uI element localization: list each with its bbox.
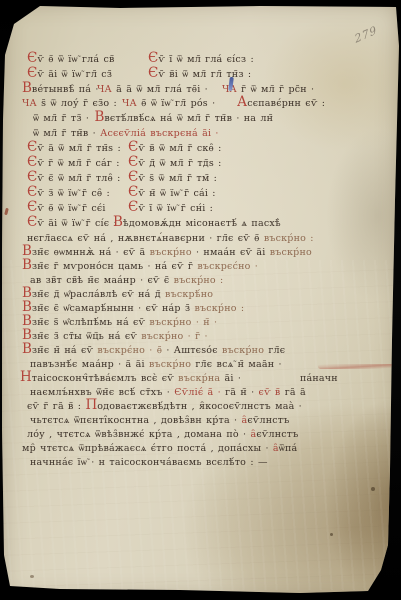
text-line: Єѵ̃ ѳ̃ ѿ їѡ̃ г̃ сє́і <box>27 203 106 214</box>
text-line: Єѵ̃ а̃ ѿ мл̃ г̃ тн̃ѕ : <box>27 143 121 154</box>
text-segment: въскр́но : <box>264 233 314 244</box>
text-line: Вѣдомовѫ́дн місонаєтѣ́ ѧ пасхѣ̀ <box>113 218 281 229</box>
text-segment: въскрє́но · ѳ̃ <box>97 345 162 356</box>
text-segment: зн̃є ѕ̃ ѡ̑слѣпѣ́мь на́ єѵ̃ <box>32 317 150 328</box>
text-segment: ѵ̃ н̃ ѿ їѡ̃ г̃ са́і : <box>138 188 215 199</box>
speck <box>330 533 333 536</box>
text-line: ѿ мл̃ г̃ тн̃в · Асєєѵ̃ліа́ въскрєна́ а̃і… <box>33 128 219 139</box>
rubric-initial: Є <box>27 65 37 81</box>
rubric-initial: Є <box>27 50 37 66</box>
text-segment: зн̃є д̃ ѡ̑расла́влѣ єѵ̃ на́ д̃ <box>32 289 165 300</box>
text-line: ЧА ѕ̃ ѿ лоу́ г̃ єз̃о : <box>22 98 117 109</box>
rubric-initial: Є <box>128 139 138 155</box>
text-segment: ѵ̃ ѳ̃ ѿ їѡ̃ гла́ св̃ <box>37 54 114 65</box>
text-line: мр̑ чтєтсѧ ѿпрѣва́жаєсѧ є́тго поста́ , д… <box>22 443 297 454</box>
text-segment: ѿ мл̃ г̃ тн̃в · <box>33 128 96 139</box>
text-line: Взн̃є г̃ мѵроно́сн цамь · на́ єѵ̃ г̃ въс… <box>22 261 258 272</box>
rubric-initial: Є <box>27 169 37 185</box>
text-segment: га̃ н̃ · <box>221 387 259 398</box>
rubric-initial: В <box>22 80 32 96</box>
text-segment: наємлъ́нхвъ ѿн̃є всѣ́ ст̃хъ · <box>30 387 174 398</box>
rubric-initial: П <box>85 397 97 413</box>
text-line: ЧА а̃ а̃ ѿ мл̃ гла́ тѳ̃і · <box>97 84 208 95</box>
text-segment: чьтєтсѧ ѿпєнті̑коснтна , довѣз̑вн кр́та … <box>30 415 241 426</box>
text-segment: въскр́на <box>178 373 220 384</box>
text-line: Єѵ̃ н̃ ѿ їѡ̃ г̃ са́і : <box>128 188 216 199</box>
text-line: Єѵ̃ ѳ̃ ѿ їѡ̃ гла́ св̃ <box>27 54 115 65</box>
text-line: Єѵ̃ з̃ ѿ їѡ̃ г̃ сѳ̑ : <box>27 188 110 199</box>
text-segment: начнна́є їѡ̃ · н таісосконча́ваємь всєлѣ… <box>30 457 268 468</box>
text-segment: ЧА <box>122 98 137 109</box>
text-line: Взн̃є ѕ̃ ѡ̑слѣпѣ́мь на́ єѵ̃ въскр́но · н… <box>22 317 217 328</box>
text-segment: а̃ а̃ ѿ мл̃ гла́ тѳ̃і · <box>112 84 208 95</box>
rubric-initial: В <box>22 257 32 273</box>
text-segment: · нмаа́н єѵ̃ а̃і <box>192 247 270 258</box>
rubric-initial: Є <box>128 184 138 200</box>
text-segment: Єѵ̃ліє́ а̃ · <box>174 387 221 398</box>
text-segment: гл̃є <box>264 345 285 356</box>
text-segment: ЧА <box>22 98 37 109</box>
text-segment: а̃і · <box>220 373 241 384</box>
text-segment: въскр́но · г̃ · <box>141 331 207 342</box>
text-segment: сєпавє́рнн єѵ̃ : <box>247 98 325 109</box>
text-segment: г̃ ѿ мл̃ г̃ рс̃н · <box>237 84 314 95</box>
text-segment: въскр́но : <box>174 275 224 286</box>
text-line: Взн̃є є̃ ѡ̑самарѣ́нынн · єѵ̃ на́р з̃ въс… <box>22 303 244 314</box>
text-segment: ѣдомовѫ́дн місонаєтѣ́ ѧ пасхѣ̀ <box>123 218 281 229</box>
rubric-initial: Є <box>148 65 158 81</box>
text-segment: па́начн <box>300 373 338 384</box>
text-segment: ѵ̃ в̃і ѿ мл̃ гл̃ тн̃з : <box>158 69 251 80</box>
text-segment: єѵ̃ в̃ <box>259 387 281 398</box>
text-segment: ѵ̃ є̃ ѿ мл̃ г̃ тлѳ̑ : <box>37 173 120 184</box>
rubric-initial: Є <box>148 50 158 66</box>
text-line: ав зв̃т св̃ѣ н̃є маа́нр · єѵ̃ є̃ въскр́н… <box>30 275 223 286</box>
rubric-initial: Є <box>27 199 37 215</box>
text-line: Нтаісосконч̑тѣва́ємлъ всє̀ єѵ̃ въскр́на … <box>20 373 241 384</box>
text-line: Єѵ̃ д̃ ѿ мл̃ г̃ тд̃ѕ : <box>128 158 222 169</box>
text-segment: таісосконч̑тѣва́ємлъ всє̀ єѵ̃ <box>32 373 178 384</box>
rubric-initial: Є <box>128 154 138 170</box>
text-segment: ѵ̃ і̃ ѿ мл̃ гла́ єі́сз : <box>158 54 254 65</box>
text-segment: ѵ̃ а̃ ѿ мл̃ г̃ тн̃ѕ : <box>37 143 121 154</box>
text-segment: зн̃є є̃ ѡ̑самарѣ́нынн · єѵ̃ на́р з̃ <box>32 303 195 314</box>
text-segment: ав зв̃т св̃ѣ н̃є маа́нр · єѵ̃ є̃ <box>30 275 174 286</box>
text-line: Асєпавє́рнн єѵ̃ : <box>237 98 325 109</box>
text-line: Взн̃є д̃ ѡ̑расла́влѣ єѵ̃ на́ д̃ въскрѣ́н… <box>22 289 213 300</box>
text-line: ЧА ѳ̃ ѿ їѡ̃ гл̃ ро́ѕ · <box>122 98 215 109</box>
text-segment: павъзнѣ́є маа́нр · а̃ а̃і <box>30 359 149 370</box>
margin-red-mark <box>4 208 9 216</box>
text-segment: ве́тынвѣ̑ па́ · <box>32 84 99 95</box>
text-segment: ѿпа́ <box>279 443 298 454</box>
rubric-initial: В <box>22 341 32 357</box>
text-line: нєгл̃аєсѧ єѵ̃ на́ , нѫвнєтѧ́навєрни · гл… <box>27 233 314 244</box>
text-segment: ѵ̃ в̃ ѿ мл̃ г̃ скѳ̑ : <box>138 143 221 154</box>
text-segment: ло́у , чтєтсѧ ѿвѣз̑внжє́ кр́та , домана … <box>27 429 250 440</box>
text-segment: зн̃є г̃ мѵроно́сн цамь · на́ єѵ̃ г̃ <box>32 261 197 272</box>
text-segment: одоваєтжєвѣ́дѣтн , я̑косоєѵ̃лнстъ маа̀ · <box>97 401 302 412</box>
rubric-initial: А <box>237 94 247 110</box>
text-line: Єѵ̃ є̃ ѿ мл̃ г̃ тлѳ̑ : <box>27 173 121 184</box>
rubric-initial: Є <box>128 199 138 215</box>
text-segment: га̃ а̃ <box>280 387 305 398</box>
red-ink-streak <box>318 364 394 369</box>
text-segment: ѳ̃ ѿ їѡ̃ гл̃ ро́ѕ · <box>137 98 215 109</box>
text-segment: въскр́но <box>150 247 192 258</box>
text-segment: зн̃є ѳѡмннѫ̀ на́ · єѵ̃ а̃ <box>32 247 150 258</box>
rubric-initial: В <box>89 109 104 125</box>
text-line: чьтєтсѧ ѿпєнті̑коснтна , довѣз̑вн кр́та … <box>30 415 290 426</box>
text-line: Єѵ̃ г̃ ѿ мл̃ г̃ са́г : <box>27 158 120 169</box>
page-number: 279 <box>353 23 378 46</box>
manuscript-page: 279 Єѵ̃ ѳ̃ ѿ їѡ̃ гла́ св̃Єѵ̃ і̃ ѿ мл̃ гл… <box>0 0 401 600</box>
text-segment: ѵ̃ а̃і ѿ їѡ̃ г̃ сі́є : <box>37 218 117 229</box>
text-segment: ѵ̃ з̃ ѿ їѡ̃ г̃ сѳ̑ : <box>37 188 110 199</box>
text-segment: вєтѣ́лвѣ́сѧ на́ ѿ мл̃ г̃ тн̃в · на лн̃ <box>104 113 273 124</box>
speck <box>371 487 375 491</box>
text-segment: гл̃є всѧ̃ н̃ маа̃н · <box>191 359 282 370</box>
text-segment: зн̃є н̃ на́ єѵ̃ <box>32 345 97 356</box>
text-segment: ѵ̃ а̃і ѿ їѡ̃ гл̃ сз̃ <box>37 69 112 80</box>
text-segment: ѵ̃ і̃ ѿ їѡ̃ г̃ сн́і : <box>138 203 213 214</box>
text-segment: ЧА <box>97 84 112 95</box>
text-segment: ѵ̃ ѳ̃ ѿ їѡ̃ г̃ сє́і <box>37 203 105 214</box>
text-line: Взн̃є з̃ ст̃ы ѿц̃ь на́ єѵ̃ въскр́но · г̃… <box>22 331 208 342</box>
text-segment: въскр́но <box>270 247 312 258</box>
text-segment: ѵ̃ ѕ̃ ѿ мл̃ г̃ тм̃ : <box>138 173 217 184</box>
text-segment: въскр́но <box>222 345 264 356</box>
text-segment: ѿ мл̃ г̃ тз̃ · <box>33 113 89 124</box>
text-segment: въскр́но · н̃ · <box>149 317 217 328</box>
text-line: ѿ мл̃ г̃ тз̃ · Ввєтѣ́лвѣ́сѧ на́ ѿ мл̃ г̃… <box>33 113 273 124</box>
text-line: Єѵ̃ і̃ ѿ їѡ̃ г̃ сн́і : <box>128 203 213 214</box>
text-segment: мр̑ чтєтсѧ ѿпрѣва́жаєсѧ є́тго поста́ , д… <box>22 443 273 454</box>
text-segment: нєгл̃аєсѧ єѵ̃ на́ , нѫвнєтѧ́навєрни · гл… <box>27 233 264 244</box>
photo-backdrop: 279 Єѵ̃ ѳ̃ ѿ їѡ̃ гла́ св̃Єѵ̃ і̃ ѿ мл̃ гл… <box>0 0 401 600</box>
text-line: Єѵ̃ а̃і ѿ їѡ̃ г̃ сі́є : <box>27 218 117 229</box>
speck <box>30 575 34 578</box>
text-line: наємлъ́нхвъ ѿн̃є всѣ́ ст̃хъ · Єѵ̃ліє́ а̃… <box>30 387 306 398</box>
text-segment: ѕ̃ ѿ лоу́ г̃ єз̃о : <box>37 98 117 109</box>
rubric-initial: Н <box>20 369 32 385</box>
text-line: Єѵ̃ в̃ ѿ мл̃ г̃ скѳ̑ : <box>128 143 222 154</box>
text-line: Вве́тынвѣ̑ па́ · <box>22 84 99 95</box>
text-line: Єѵ̃ ѕ̃ ѿ мл̃ г̃ тм̃ : <box>128 173 217 184</box>
rubric-initial: Є <box>27 154 37 170</box>
text-line: начнна́є їѡ̃ · н таісосконча́ваємь всєлѣ… <box>30 457 268 468</box>
text-segment: ѵ̃ д̃ ѿ мл̃ г̃ тд̃ѕ : <box>138 158 221 169</box>
rubric-initial: В <box>113 214 123 230</box>
text-line: Взн̃є ѳѡмннѫ̀ на́ · єѵ̃ а̃ въскр́но · нм… <box>22 247 312 258</box>
text-segment: въскр́но : <box>194 303 244 314</box>
text-line: павъзнѣ́є маа́нр · а̃ а̃і въскр́но гл̃є … <box>30 359 282 370</box>
text-segment: · Аштєѕо́є <box>162 345 222 356</box>
text-line: єѵ̃ г̃ га̃ в̃ : Подоваєтжєвѣ́дѣтн , я̑ко… <box>27 401 302 412</box>
text-line: па́начн <box>300 373 338 384</box>
rubric-initial: Є <box>27 139 37 155</box>
text-line: Взн̃є н̃ на́ єѵ̃ въскрє́но · ѳ̃ · Аштєѕо… <box>22 345 285 356</box>
text-segment: ѵ̃ г̃ ѿ мл̃ г̃ са́г : <box>37 158 119 169</box>
text-line: Єѵ̃ а̃і ѿ їѡ̃ гл̃ сз̃ <box>27 69 112 80</box>
text-line: Єѵ̃ в̃і ѿ мл̃ гл̃ тн̃з : <box>148 69 251 80</box>
text-segment: въскр́но <box>149 359 191 370</box>
text-line: Єѵ̃ і̃ ѿ мл̃ гла́ єі́сз : <box>148 54 254 65</box>
rubric-initial: Є <box>27 184 37 200</box>
text-segment: въскрєс́но · <box>197 261 258 272</box>
text-segment: єѵ̃лнстъ <box>247 415 289 426</box>
text-line: ло́у , чтєтсѧ ѿвѣз̑внжє́ кр́та , домана … <box>27 429 298 440</box>
text-segment: єѵ̃ г̃ га̃ в̃ : <box>27 401 85 412</box>
text-segment: въскрѣ́но <box>165 289 213 300</box>
text-segment: Асєєѵ̃ліа́ въскрєна́ а̃і · <box>96 128 219 139</box>
rubric-initial: Є <box>128 169 138 185</box>
text-segment: зн̃є з̃ ст̃ы ѿц̃ь на́ єѵ̃ <box>32 331 141 342</box>
text-segment: єѵ̃лнстъ <box>256 429 298 440</box>
rubric-initial: Є <box>27 214 37 230</box>
text-line: ЧА г̃ ѿ мл̃ г̃ рс̃н · <box>222 84 314 95</box>
